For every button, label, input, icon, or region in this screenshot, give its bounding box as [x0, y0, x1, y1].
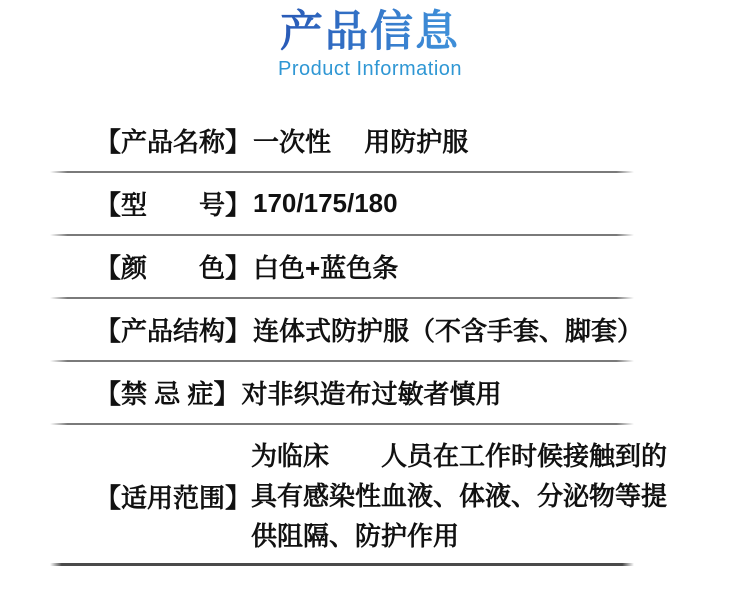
header: 产品信息 Product Information [0, 0, 740, 81]
spec-row-product-name: 【产品名称】 一次性 用防护服 [50, 110, 634, 171]
application-scope-line: 为临床 人员在工作时候接触到的 [251, 436, 667, 476]
spec-value-color: 白色+蓝色条 [253, 248, 398, 285]
spec-value-model: 170/175/180 [253, 188, 398, 219]
application-scope-line: 供阻隔、防护作用 [251, 516, 667, 556]
spec-label-model: 【型 号】 [95, 185, 251, 222]
spec-value-product-name: 一次性 用防护服 [253, 122, 468, 159]
spec-row-contraindication: 【禁 忌 症】 对非织造布过敏者慎用 [50, 362, 634, 423]
spec-label-color: 【颜 色】 [95, 248, 251, 285]
application-scope-line: 具有感染性血液、体液、分泌物等提 [251, 476, 667, 516]
page-subtitle: Product Information [0, 58, 740, 81]
divider-strong [50, 563, 634, 566]
spec-row-structure: 【产品结构】 连体式防护服（不含手套、脚套） [50, 299, 634, 360]
spec-label-structure: 【产品结构】 [95, 311, 251, 348]
product-info-page: 产品信息 Product Information 【产品名称】 一次性 用防护服… [0, 0, 740, 612]
spec-row-application-scope: 【适用范围】 为临床 人员在工作时候接触到的 具有感染性血液、体液、分泌物等提 … [50, 425, 634, 563]
spec-label-application-scope: 【适用范围】 [95, 478, 251, 515]
spec-value-contraindication: 对非织造布过敏者慎用 [241, 374, 501, 411]
spec-label-product-name: 【产品名称】 [95, 122, 251, 159]
spec-row-model: 【型 号】 170/175/180 [50, 173, 634, 234]
spec-list: 【产品名称】 一次性 用防护服 【型 号】 170/175/180 【颜 色】 … [50, 110, 634, 566]
spec-value-application-scope: 为临床 人员在工作时候接触到的 具有感染性血液、体液、分泌物等提 供阻隔、防护作… [251, 436, 667, 556]
spec-value-structure: 连体式防护服（不含手套、脚套） [253, 311, 643, 348]
page-title: 产品信息 [280, 8, 460, 57]
spec-label-contraindication: 【禁 忌 症】 [95, 374, 239, 411]
spec-row-color: 【颜 色】 白色+蓝色条 [50, 236, 634, 297]
